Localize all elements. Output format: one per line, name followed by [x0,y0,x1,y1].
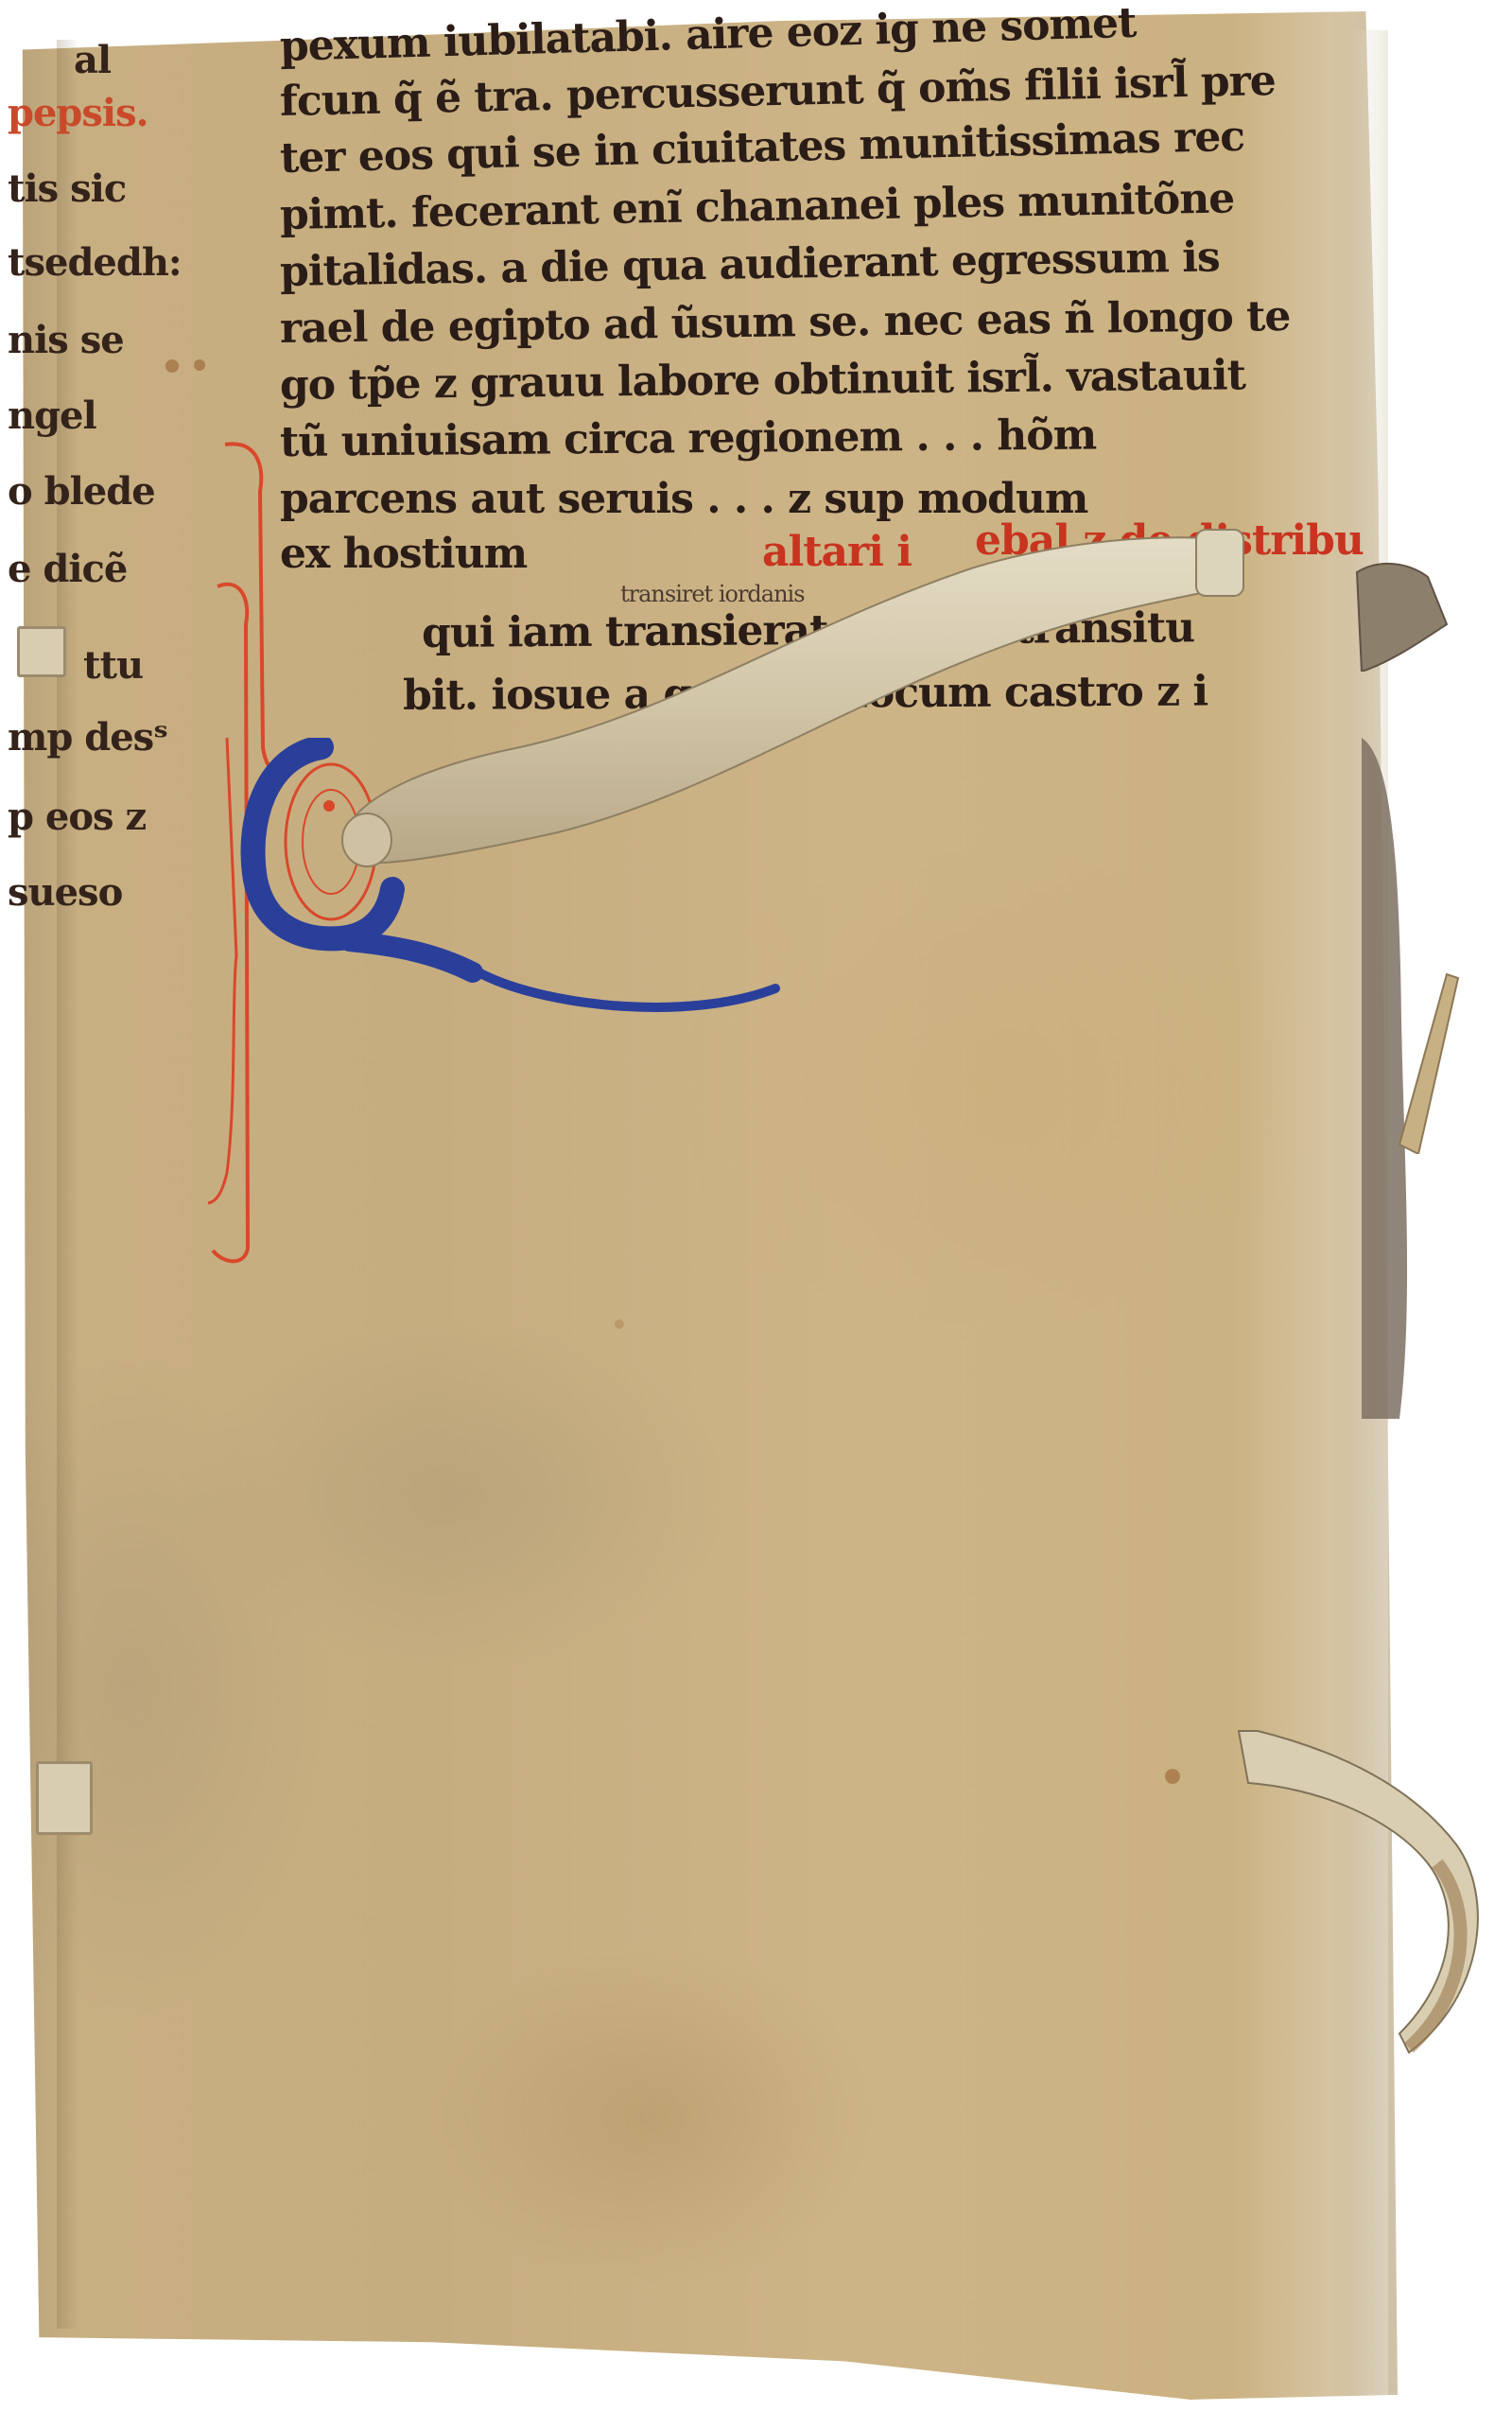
margin-rubric: pepsis. [8,91,148,135]
spine-fold [57,40,79,2329]
text-line: tũ uniuisam circa regionem . . . hõm [280,411,1097,466]
binding-tab-upper [17,626,66,677]
binding-tab-lower [36,1761,93,1835]
margin-line: nis se [8,318,124,362]
margin-line: ttu [83,643,143,688]
tie-upper-right [1352,558,1466,672]
margin-line: mp desˢ [8,715,167,760]
margin-line: p eos z [8,795,146,839]
margin-line: tis sic [8,166,126,211]
margin-line: ngel [8,393,96,438]
margin-line: o blede [8,469,155,514]
stain-spot [615,1319,624,1329]
leather-thong [312,511,1277,889]
stain-spot [194,359,205,371]
margin-line: tsededh: [8,240,182,285]
margin-line: al [74,38,111,82]
tie-lower-right-loop [1220,1693,1503,2090]
margin-line: sueso [8,870,122,915]
margin-line: e dicẽ [8,547,127,591]
stain-spot [165,359,179,373]
text-line: go tp̃e z grauu labore obtinuit isrl̃. v… [280,351,1245,410]
stain-spot [1165,1769,1180,1784]
tie-strip-right [1390,965,1466,1154]
